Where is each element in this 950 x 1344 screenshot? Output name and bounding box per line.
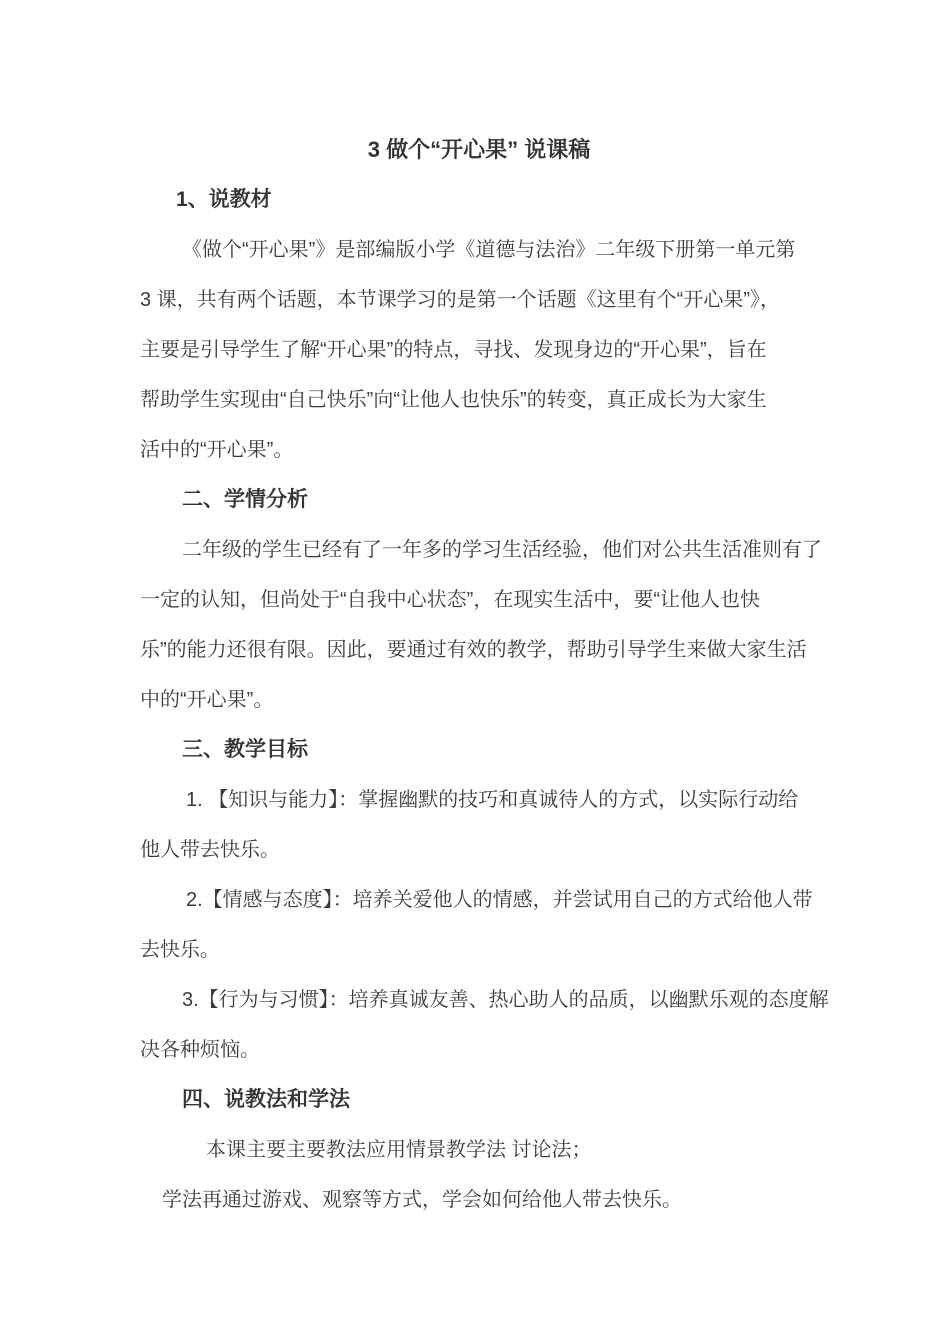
section-heading-4: 四、说教法和学法 — [140, 1075, 818, 1125]
text-line: 3.【行为与习惯】：培养真诚友善、热心助人的品质，以幽默乐观的态度解 — [140, 975, 818, 1025]
text-line: 3 课，共有两个话题，本节课学习的是第一个话题《这里有个“开心果”》， — [140, 275, 818, 325]
section-heading-2: 二、学情分析 — [140, 475, 818, 525]
document-page: 3 做个“开心果” 说课稿 1、说教材 《做个“开心果”》是部编版小学《道德与法… — [0, 0, 950, 1344]
text-line: 二年级的学生已经有了一年多的学习生活经验，他们对公共生活准则有了 — [140, 525, 818, 575]
text-line: 乐”的能力还很有限。因此，要通过有效的教学，帮助引导学生来做大家生活 — [140, 625, 818, 675]
text-line: 决各种烦恼。 — [140, 1025, 818, 1075]
text-line: 中的“开心果”。 — [140, 675, 818, 725]
text-line: 去快乐。 — [140, 925, 818, 975]
text-line: 本课主要主要教法应用情景教学法 讨论法； — [140, 1125, 818, 1175]
text-line: 2.【情感与态度】：培养关爱他人的情感，并尝试用自己的方式给他人带 — [140, 875, 818, 925]
text-line: 主要是引导学生了解“开心果”的特点，寻找、发现身边的“开心果”，旨在 — [140, 325, 818, 375]
text-line: 活中的“开心果”。 — [140, 425, 818, 475]
document-content: 3 做个“开心果” 说课稿 1、说教材 《做个“开心果”》是部编版小学《道德与法… — [140, 125, 818, 1225]
text-line: 一定的认知，但尚处于“自我中心状态”，在现实生活中，要“让他人也快 — [140, 575, 818, 625]
text-line: 学法再通过游戏、观察等方式，学会如何给他人带去快乐。 — [140, 1175, 818, 1225]
text-line: 《做个“开心果”》是部编版小学《道德与法治》二年级下册第一单元第 — [140, 225, 818, 275]
document-title: 3 做个“开心果” 说课稿 — [140, 125, 818, 175]
text-line: 他人带去快乐。 — [140, 825, 818, 875]
text-line: 1. 【知识与能力】：掌握幽默的技巧和真诚待人的方式，以实际行动给 — [140, 775, 818, 825]
text-line: 帮助学生实现由“自己快乐”向“让他人也快乐”的转变，真正成长为大家生 — [140, 375, 818, 425]
section-heading-3: 三、教学目标 — [140, 725, 818, 775]
section-heading-1: 1、说教材 — [140, 175, 818, 225]
